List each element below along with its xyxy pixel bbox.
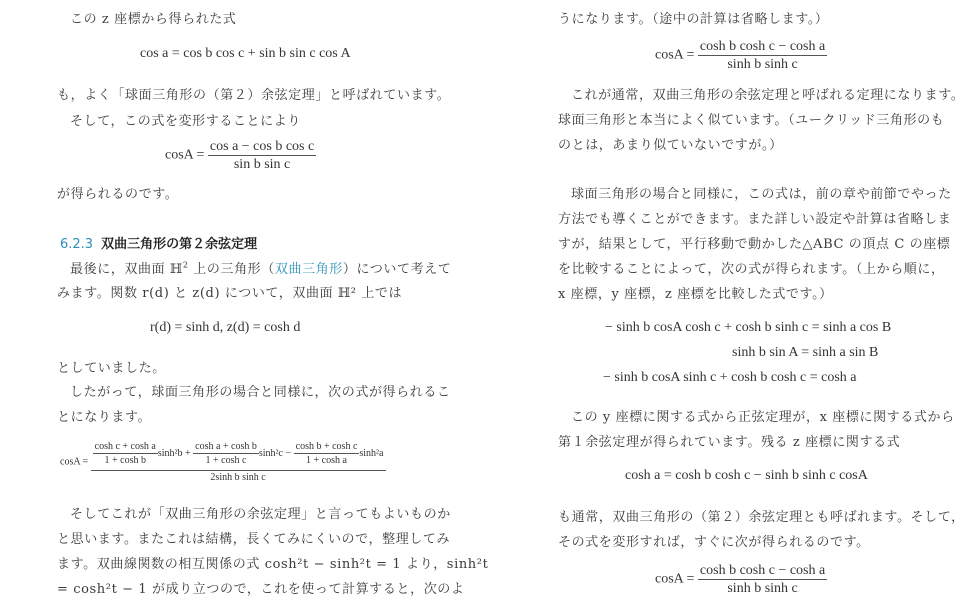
numerator: cosh b cosh c − cosh a	[698, 38, 827, 56]
paragraph: したがって，球面三角形の場合と同様に，次の式が得られるこ	[70, 381, 451, 400]
numerator: cos a − cos b cos c	[208, 138, 316, 156]
section-title: 双曲三角形の第２余弦定理	[101, 237, 257, 252]
paragraph: ます。双曲線関数の相互関係の式 cosh²t − sinh²t = 1 より，s…	[57, 553, 488, 572]
section-number: 6.2.3	[60, 237, 93, 252]
equation-r-z: r(d) = sinh d, z(d) = cosh d	[150, 320, 300, 336]
paragraph: これが通常，双曲三角形の余弦定理と呼ばれる定理になります。	[571, 84, 964, 103]
paragraph: と思います。またこれは結構，長くてみにくいので，整理してみ	[57, 528, 450, 547]
paragraph: 第１余弦定理が得られています。残る z 座標に関する式	[558, 431, 900, 450]
numerator: cosh c + cosh a1 + cosh bsinh²b + cosh a…	[91, 440, 386, 471]
text: 最後に，双曲面 ℍ	[70, 262, 183, 277]
paragraph: も，よく「球面三角形の（第２）余弦定理」と呼ばれています。	[57, 84, 450, 103]
term-link[interactable]: 双曲三角形	[275, 262, 343, 277]
fraction: cosh b cosh c − cosh a sinh b sinh c	[698, 562, 827, 597]
paragraph: 球面三角形と本当によく似ています。（ユークリッド三角形のも	[558, 109, 944, 128]
equation-lhs: cosA =	[655, 572, 694, 587]
equation-y-coordinate: sinh b sin A = sinh a sin B	[732, 345, 878, 361]
paragraph: としていました。	[57, 357, 166, 376]
paragraph: を比較することによって，次の式が得られます。（上から順に，	[558, 258, 945, 277]
term: sinh²a	[359, 448, 383, 459]
fraction: cosh c + cosh a1 + cosh bsinh²b + cosh a…	[91, 440, 386, 484]
paragraph: 最後に，双曲面 ℍ2 上の三角形（双曲三角形）について考えて	[70, 258, 451, 277]
equation-hyperbolic-second-cosine: cosh a = cosh b cosh c − sinh b sinh c c…	[625, 468, 868, 484]
numerator: cosh a + cosh b	[193, 440, 259, 454]
equation-cosA: cosA = cos a − cos b cos c sin b sin c	[165, 138, 316, 173]
paragraph: とになります。	[57, 406, 151, 425]
equation-z-coordinate: − sinh b cosA sinh c + cosh b cosh c = c…	[603, 370, 857, 386]
denominator: 1 + cosh c	[193, 454, 259, 467]
paragraph: そしてこれが「双曲三角形の余弦定理」と言ってもよいものか	[70, 503, 451, 522]
paragraph: 方法でも導くことができます。また詳しい設定や計算は省略しま	[558, 208, 951, 227]
text: 上の三角形（	[189, 262, 275, 277]
paragraph: その式を変形すれば，すぐに次が得られるのです。	[558, 531, 870, 550]
paragraph: みます。関数 r(d) と z(d) について，双曲面 ℍ² 上では	[57, 282, 402, 301]
paragraph: が得られるのです。	[57, 183, 178, 202]
equation-lhs: cosA =	[655, 48, 694, 63]
denominator: 1 + cosh a	[294, 454, 360, 467]
equation-long-cosA: cosA = cosh c + cosh a1 + cosh bsinh²b +…	[60, 440, 386, 484]
numerator: cosh b + cosh c	[294, 440, 360, 454]
equation-x-coordinate: − sinh b cosA cosh c + cosh b sinh c = s…	[605, 320, 891, 336]
denominator: 1 + cosh b	[93, 454, 158, 467]
paragraph: 球面三角形の場合と同様に，この式は，前の章や前節でやった	[571, 183, 952, 202]
equation-hyperbolic-cosA: cosA = cosh b cosh c − cosh a sinh b sin…	[655, 38, 827, 73]
paragraph: この z 座標から得られた式	[70, 8, 237, 27]
paragraph: そして，この式を変形することにより	[70, 110, 301, 129]
term: sinh²c −	[259, 448, 291, 459]
numerator: cosh b cosh c − cosh a	[698, 562, 827, 580]
paragraph: のとは，あまり似ていないですが。）	[558, 134, 783, 153]
equation-lhs: cosA =	[60, 457, 88, 468]
denominator: sin b sin c	[208, 156, 316, 173]
paragraph: うになります。（途中の計算は省略します。）	[558, 8, 829, 27]
fraction: cosh c + cosh a1 + cosh b	[93, 440, 158, 467]
denominator: sinh b sinh c	[698, 56, 827, 73]
section-heading: 6.2.3双曲三角形の第２余弦定理	[60, 233, 257, 252]
numerator: cosh c + cosh a	[93, 440, 158, 454]
paragraph: この y 座標に関する式から正弦定理が，x 座標に関する式から	[571, 406, 955, 425]
fraction: cosh b + cosh c1 + cosh a	[294, 440, 360, 467]
paragraph: = cosh²t − 1 が成り立つので，これを使って計算すると，次のよ	[57, 578, 465, 597]
denominator: 2sinh b sinh c	[91, 471, 386, 484]
equation-spherical-cosine: cos a = cos b cos c + sin b sin c cos A	[140, 46, 351, 62]
equation-hyperbolic-cosA-final: cosA = cosh b cosh c − cosh a sinh b sin…	[655, 562, 827, 597]
equation-lhs: cosA =	[165, 148, 204, 163]
paragraph: x 座標，y 座標，z 座標を比較した式です。）	[558, 283, 833, 302]
paragraph: も通常，双曲三角形の（第２）余弦定理とも呼ばれます。そして，	[558, 506, 965, 525]
paragraph: すが，結果として，平行移動で動かした△ABC の頂点 C の座標	[558, 233, 950, 252]
denominator: sinh b sinh c	[698, 580, 827, 597]
term: sinh²b +	[158, 448, 191, 459]
fraction: cosh a + cosh b1 + cosh c	[193, 440, 259, 467]
fraction: cosh b cosh c − cosh a sinh b sinh c	[698, 38, 827, 73]
text: ）について考えて	[343, 262, 452, 277]
fraction: cos a − cos b cos c sin b sin c	[208, 138, 316, 173]
